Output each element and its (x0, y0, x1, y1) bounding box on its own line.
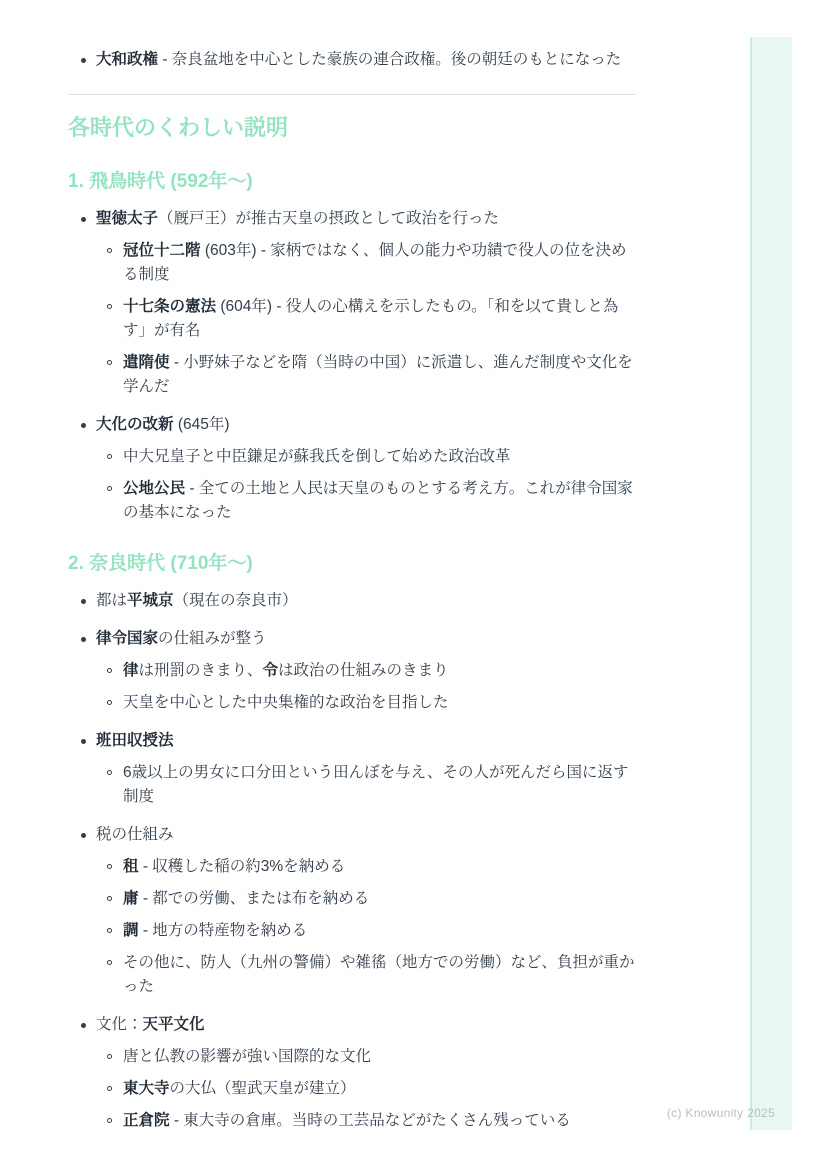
sub-list-item: 調 - 地方の特産物を納める (107, 919, 636, 943)
sub-list-item: 天皇を中心とした中央集権的な政治を目指した (107, 691, 636, 715)
bullet-circle-icon (107, 360, 112, 365)
list-item: 大和政権 - 奈良盆地を中心とした豪族の連合政権。後の朝廷のもとになった (80, 48, 636, 72)
sub-list-item: 律は刑罰のきまり、令は政治の仕組みのきまり (107, 659, 636, 683)
list-item: 班田収授法6歳以上の男女に口分田という田んぼを与え、その人が死んだら国に返す制度 (80, 729, 636, 809)
bullet-dot-icon (81, 1023, 86, 1028)
sub-list-item: 唐と仏教の影響が強い国際的な文化 (107, 1045, 636, 1069)
text-run: - 都での労働、または布を納める (139, 890, 370, 907)
text-run: は政治の仕組みのきまり (278, 662, 449, 679)
text-run: - 収穫した稲の約3%を納める (139, 858, 346, 875)
sub-list-item: 正倉院 - 東大寺の倉庫。当時の工芸品などがたくさん残っている (107, 1109, 636, 1133)
text-run: 唐と仏教の影響が強い国際的な文化 (123, 1048, 371, 1065)
text-run: (645年) (174, 416, 230, 433)
text-run: 天皇を中心とした中央集権的な政治を目指した (123, 694, 449, 711)
term-bold: 東大寺 (123, 1080, 170, 1097)
term-bold: 班田収授法 (96, 732, 174, 749)
sub-list: 冠位十二階 (603年) - 家柄ではなく、個人の能力や功績で役人の位を決める制… (96, 239, 636, 399)
text-run: - 東大寺の倉庫。当時の工芸品などがたくさん残っている (170, 1112, 571, 1129)
bullet-dot-icon (81, 58, 86, 63)
term-bold: 平城京 (127, 592, 174, 609)
text-run: - 奈良盆地を中心とした豪族の連合政権。後の朝廷のもとになった (158, 51, 621, 68)
bullet-dot-icon (81, 833, 86, 838)
sub-list: 中大兄皇子と中臣鎌足が蘇我氏を倒して始めた政治改革公地公民 - 全ての土地と人民… (96, 445, 636, 525)
term-bold: 聖徳太子 (96, 210, 158, 227)
term-bold: 調 (123, 922, 139, 939)
bullet-circle-icon (107, 304, 112, 309)
text-run: （厩戸王）が推古天皇の摂政として政治を行った (158, 210, 499, 227)
bullet-circle-icon (107, 928, 112, 933)
term-bold: 冠位十二階 (123, 242, 201, 259)
bullet-dot-icon (81, 637, 86, 642)
sub-list: 唐と仏教の影響が強い国際的な文化東大寺の大仏（聖武天皇が建立）正倉院 - 東大寺… (96, 1045, 636, 1133)
bullet-circle-icon (107, 1054, 112, 1059)
term-bold: 正倉院 (123, 1112, 170, 1129)
sub-list-item: 中大兄皇子と中臣鎌足が蘇我氏を倒して始めた政治改革 (107, 445, 636, 469)
list-item: 税の仕組み租 - 収穫した稲の約3%を納める庸 - 都での労働、または布を納める… (80, 823, 636, 999)
section-list: 都は平城京（現在の奈良市）律令国家の仕組みが整う律は刑罰のきまり、令は政治の仕組… (68, 589, 636, 1133)
term-bold: 律令国家 (96, 630, 158, 647)
section-divider (68, 94, 636, 95)
term-bold: 大化の改新 (96, 416, 174, 433)
list-item: 文化：天平文化唐と仏教の影響が強い国際的な文化東大寺の大仏（聖武天皇が建立）正倉… (80, 1013, 636, 1133)
section-heading: 2. 奈良時代 (710年〜) (68, 551, 636, 577)
bullet-circle-icon (107, 1086, 112, 1091)
term-bold: 庸 (123, 890, 139, 907)
list-item: 都は平城京（現在の奈良市） (80, 589, 636, 613)
text-run: の大仏（聖武天皇が建立） (170, 1080, 356, 1097)
text-run: - 全ての土地と人民は天皇のものとする考え方。これが律令国家の基本になった (123, 480, 633, 521)
sub-list-item: 6歳以上の男女に口分田という田んぼを与え、その人が死んだら国に返す制度 (107, 761, 636, 809)
text-run: 文化： (96, 1016, 143, 1033)
list-item: 律令国家の仕組みが整う律は刑罰のきまり、令は政治の仕組みのきまり天皇を中心とした… (80, 627, 636, 715)
document-page: 大和政権 - 奈良盆地を中心とした豪族の連合政権。後の朝廷のもとになった 各時代… (0, 0, 828, 1171)
term-bold: 公地公民 (123, 480, 185, 497)
term-bold: 租 (123, 858, 139, 875)
margin-highlight-strip (750, 37, 792, 1130)
term-bold: 律 (123, 662, 139, 679)
bullet-circle-icon (107, 454, 112, 459)
sub-list-item: 遣隋使 - 小野妹子などを隋（当時の中国）に派遣し、進んだ制度や文化を学んだ (107, 351, 636, 399)
sub-list-item: 公地公民 - 全ての土地と人民は天皇のものとする考え方。これが律令国家の基本にな… (107, 477, 636, 525)
section-list: 聖徳太子（厩戸王）が推古天皇の摂政として政治を行った冠位十二階 (603年) -… (68, 207, 636, 525)
bullet-circle-icon (107, 896, 112, 901)
text-run: 税の仕組み (96, 826, 174, 843)
bullet-circle-icon (107, 248, 112, 253)
term-bold: 天平文化 (143, 1016, 205, 1033)
main-heading: 各時代のくわしい説明 (68, 113, 636, 143)
sub-list: 6歳以上の男女に口分田という田んぼを与え、その人が死んだら国に返す制度 (96, 761, 636, 809)
bullet-circle-icon (107, 1118, 112, 1123)
text-run: の仕組みが整う (158, 630, 267, 647)
bullet-dot-icon (81, 217, 86, 222)
text-run: （現在の奈良市） (174, 592, 298, 609)
term-bold: 遣隋使 (123, 354, 170, 371)
bullet-circle-icon (107, 668, 112, 673)
intro-list: 大和政権 - 奈良盆地を中心とした豪族の連合政権。後の朝廷のもとになった (68, 48, 636, 72)
bullet-dot-icon (81, 423, 86, 428)
sub-list-item: その他に、防人（九州の警備）や雑徭（地方での労働）など、負担が重かった (107, 951, 636, 999)
sub-list-item: 冠位十二階 (603年) - 家柄ではなく、個人の能力や功績で役人の位を決める制… (107, 239, 636, 287)
term-bold: 十七条の憲法 (123, 298, 216, 315)
sub-list-item: 庸 - 都での労働、または布を納める (107, 887, 636, 911)
term-bold: 大和政権 (96, 51, 158, 68)
bullet-dot-icon (81, 599, 86, 604)
section-heading: 1. 飛鳥時代 (592年〜) (68, 169, 636, 195)
text-run: その他に、防人（九州の警備）や雑徭（地方での労働）など、負担が重かった (123, 954, 635, 995)
bullet-circle-icon (107, 864, 112, 869)
bullet-circle-icon (107, 960, 112, 965)
term-bold: 令 (263, 662, 279, 679)
sections-container: 1. 飛鳥時代 (592年〜)聖徳太子（厩戸王）が推古天皇の摂政として政治を行っ… (68, 169, 636, 1133)
text-run: 6歳以上の男女に口分田という田んぼを与え、その人が死んだら国に返す制度 (123, 764, 629, 805)
text-run: - 小野妹子などを隋（当時の中国）に派遣し、進んだ制度や文化を学んだ (123, 354, 633, 395)
copyright-watermark: (c) Knowunity 2025 (667, 1106, 775, 1120)
text-run: は刑罰のきまり、 (139, 662, 263, 679)
list-item: 大化の改新 (645年)中大兄皇子と中臣鎌足が蘇我氏を倒して始めた政治改革公地公… (80, 413, 636, 525)
bullet-dot-icon (81, 739, 86, 744)
text-run: 都は (96, 592, 127, 609)
sub-list: 律は刑罰のきまり、令は政治の仕組みのきまり天皇を中心とした中央集権的な政治を目指… (96, 659, 636, 715)
sub-list-item: 十七条の憲法 (604年) - 役人の心構えを示したもの。「和を以て貴しと為す」… (107, 295, 636, 343)
list-item: 聖徳太子（厩戸王）が推古天皇の摂政として政治を行った冠位十二階 (603年) -… (80, 207, 636, 399)
text-run: - 地方の特産物を納める (139, 922, 308, 939)
sub-list-item: 東大寺の大仏（聖武天皇が建立） (107, 1077, 636, 1101)
bullet-circle-icon (107, 700, 112, 705)
sub-list: 租 - 収穫した稲の約3%を納める庸 - 都での労働、または布を納める調 - 地… (96, 855, 636, 999)
bullet-circle-icon (107, 486, 112, 491)
bullet-circle-icon (107, 770, 112, 775)
sub-list-item: 租 - 収穫した稲の約3%を納める (107, 855, 636, 879)
text-run: 中大兄皇子と中臣鎌足が蘇我氏を倒して始めた政治改革 (123, 448, 511, 465)
